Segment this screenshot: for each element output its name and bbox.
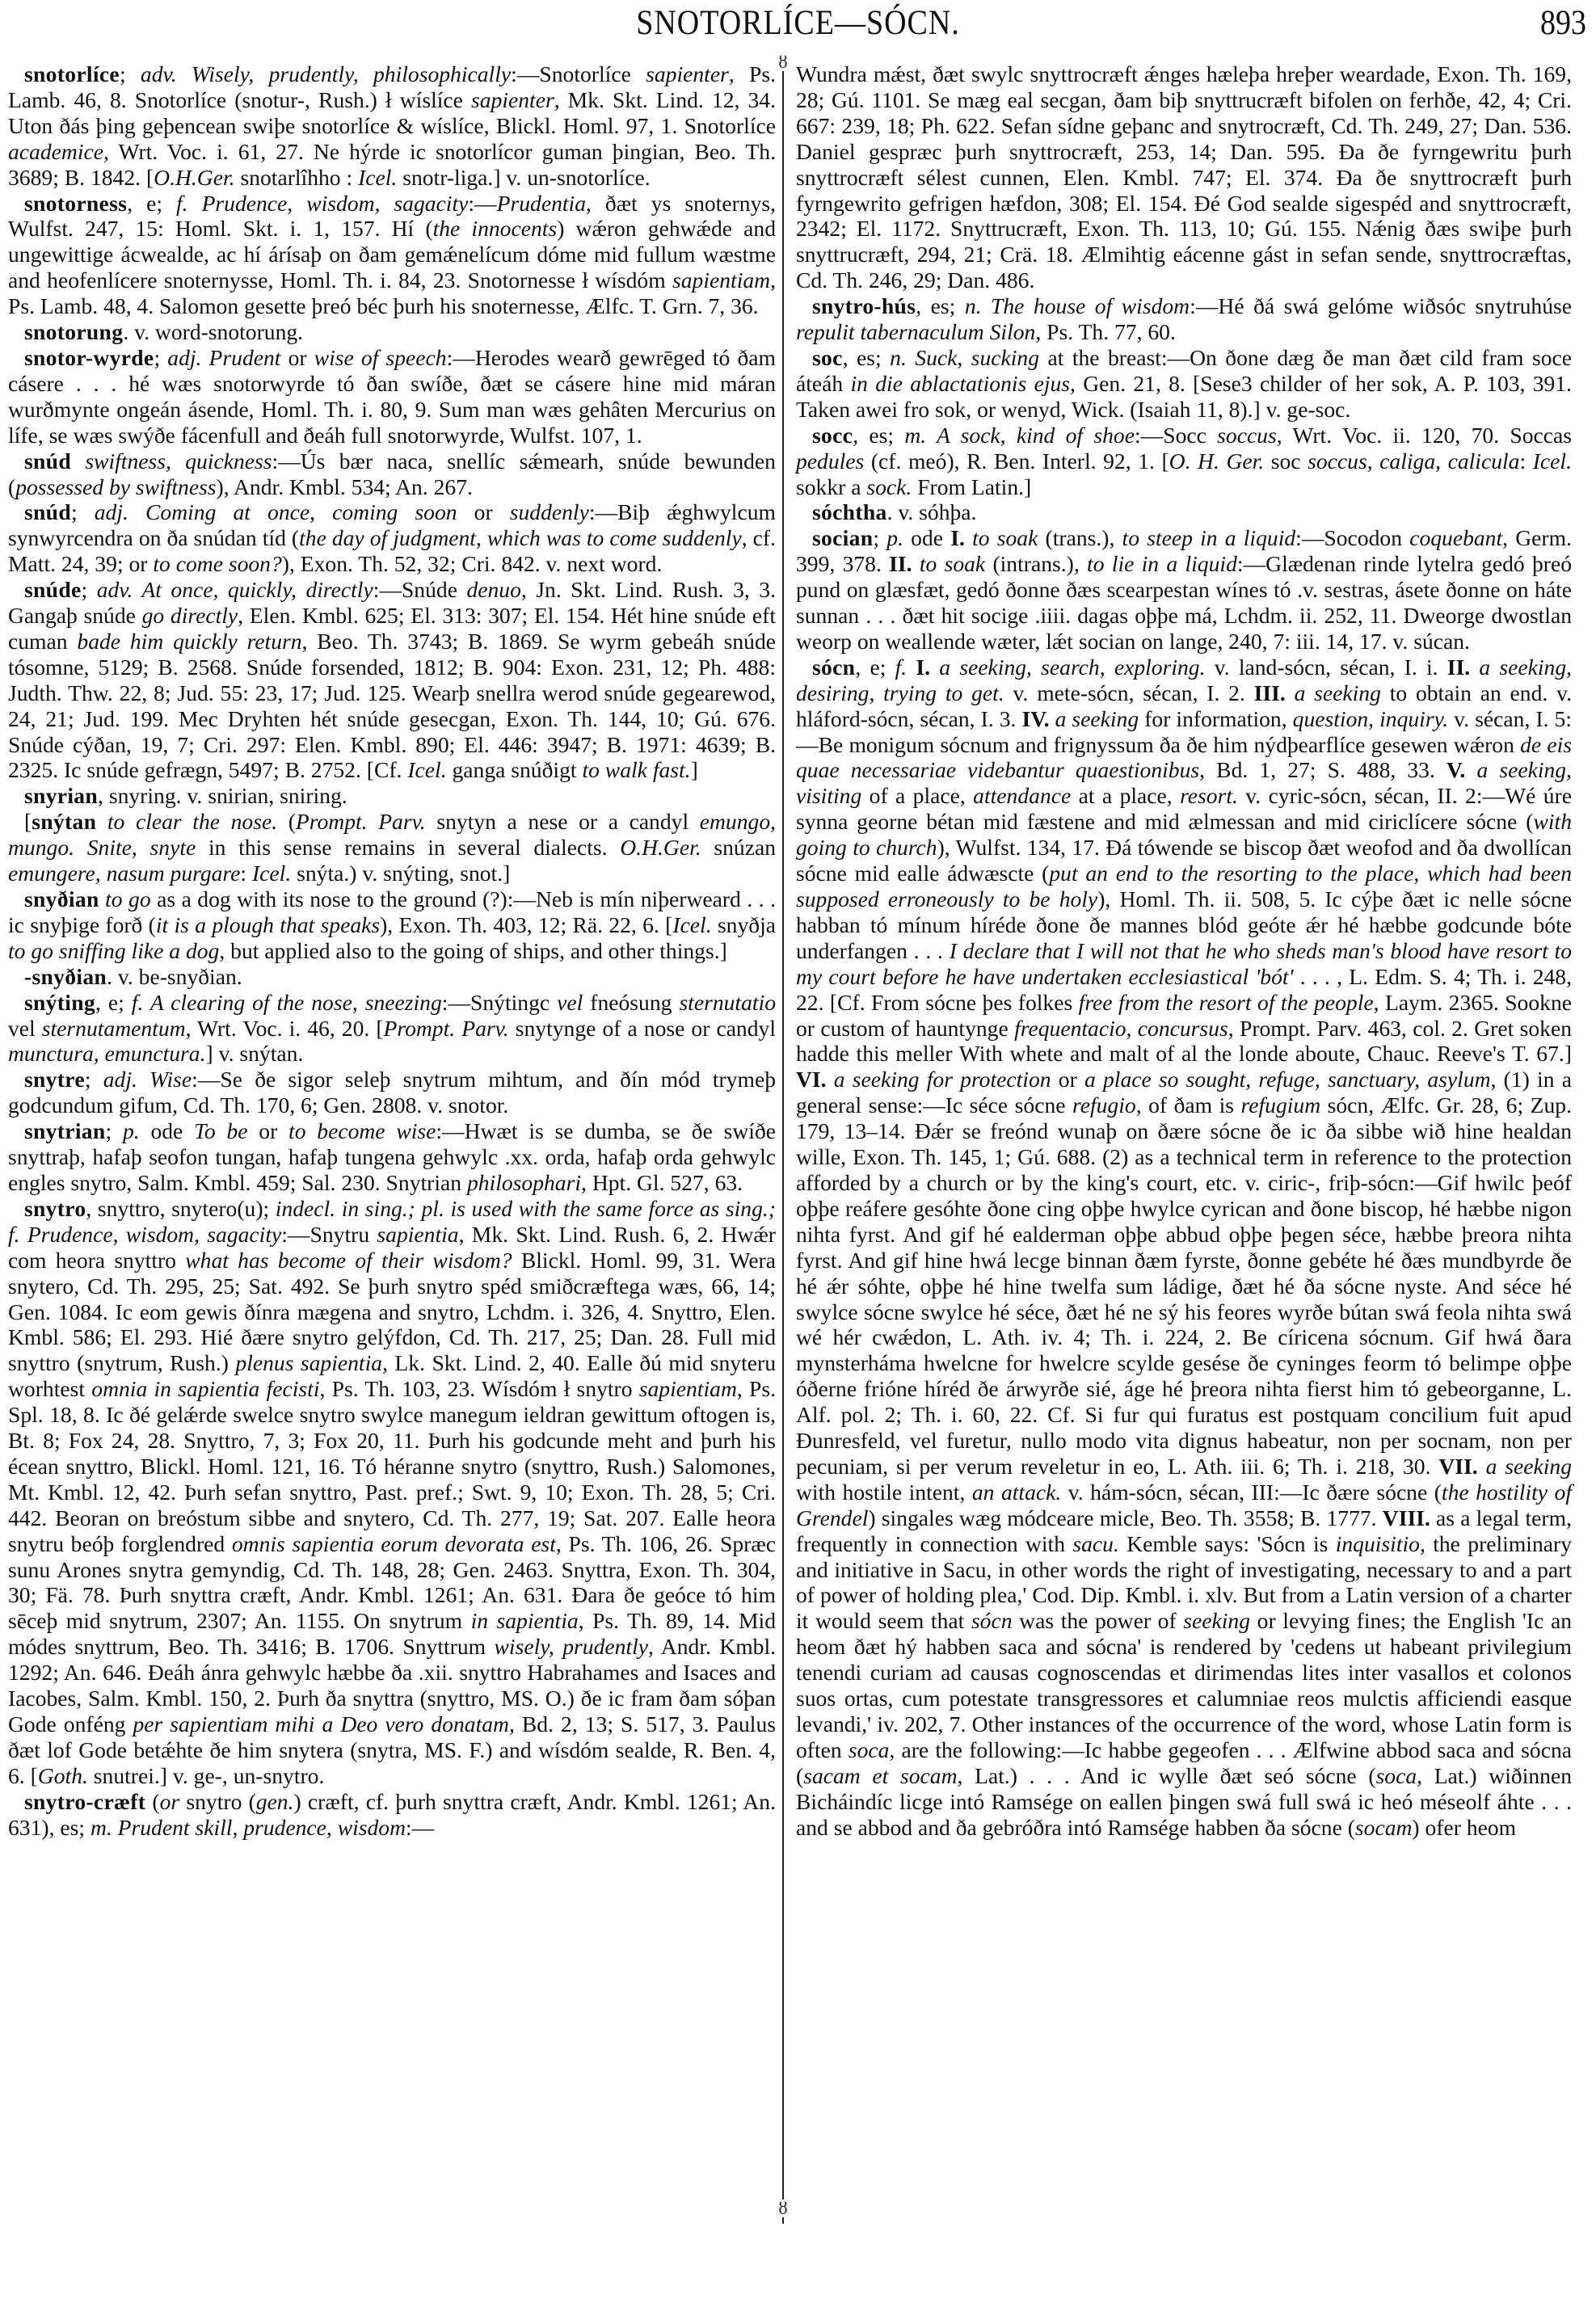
italic-gloss: what has become of their wisdom? — [185, 1248, 512, 1273]
entry-text — [1286, 680, 1295, 705]
entry-text: (intrans.), — [985, 551, 1087, 576]
entry-text: , es; — [843, 345, 890, 370]
entry-text: Wundra mǽst, ðæt swylc snyttrocræft ǽnge… — [796, 61, 1572, 293]
entry-text: . v. word-snotorung. — [123, 319, 303, 344]
entry-text — [99, 886, 105, 911]
headword: snytro-hús — [812, 293, 916, 318]
entry-text — [74, 835, 87, 860]
italic-gloss: plenus sapientia — [235, 1350, 382, 1375]
headword: snúd — [24, 499, 71, 524]
entry-text: , snyring. v. snirian, sniring. — [98, 783, 347, 808]
page-number: 893 — [1540, 2, 1586, 44]
italic-gloss: to lie in a liquid — [1087, 551, 1237, 576]
italic-gloss: seeking — [1183, 1608, 1250, 1633]
sense-numeral: II. — [1447, 655, 1470, 680]
entry-text: From Latin.] — [912, 474, 1031, 499]
italic-gloss: Snite, snyte — [87, 835, 196, 860]
italic-gloss: to soak — [920, 551, 985, 576]
entry-text: , Ps. Th. 103, 23. Wísdóm ł snytro — [320, 1376, 639, 1401]
headword: snúd — [24, 448, 71, 474]
entry-text — [827, 1067, 834, 1092]
entry-text: was the power of — [1013, 1608, 1184, 1633]
italic-gloss: munctura, emunctura. — [8, 1041, 205, 1066]
italic-gloss: soccus — [1217, 423, 1277, 448]
dictionary-entry: [snýtan to clear the nose. (Prompt. Parv… — [8, 809, 776, 886]
italic-gloss: vel — [557, 990, 583, 1015]
italic-gloss: refugium — [1241, 1092, 1321, 1118]
italic-gloss: an attack. — [972, 1480, 1061, 1505]
entry-text: at a place, — [1071, 783, 1180, 808]
italic-gloss: Icel. — [358, 165, 397, 190]
italic-gloss: adv. Wisely, prudently, philosophically — [141, 61, 511, 86]
italic-gloss: n. Suck, sucking — [890, 345, 1039, 370]
italic-gloss: soca — [1376, 1763, 1417, 1788]
italic-gloss: sacam et socam — [803, 1763, 957, 1788]
entry-text: snýta.) v. snýting, snot.] — [291, 861, 510, 886]
entry-text: v. mete-sócn, sécan, I. 2. — [1004, 680, 1254, 705]
entry-text: : — [240, 861, 252, 886]
entry-text: ; — [873, 525, 886, 550]
entry-text — [1470, 655, 1479, 680]
sense-numeral: III. — [1254, 680, 1286, 705]
entry-text: (cf. meó), R. Ben. Interl. 92, 1. [ — [864, 448, 1169, 474]
dictionary-entry: socian; p. ode I. to soak (trans.), to s… — [796, 525, 1572, 655]
entry-text: :—Snýtingc — [442, 990, 557, 1015]
headword: -snyðian — [24, 964, 107, 989]
italic-gloss: refugio — [1072, 1092, 1136, 1118]
entry-text: snotarlîhho : — [235, 165, 359, 190]
entry-text: :—Socodon — [1295, 525, 1409, 550]
italic-gloss: attendance — [973, 783, 1071, 808]
entry-text: snotr-liga.] v. un-snotorlíce. — [397, 165, 650, 190]
entry-text: ) singales wæg módceare micle, Beo. Th. … — [868, 1505, 1382, 1530]
italic-gloss: to come soon? — [153, 551, 281, 576]
italic-gloss: f. A clearing of the nose, sneezing — [132, 990, 442, 1015]
entry-text: :—Snotorlíce — [511, 61, 646, 86]
italic-gloss: omnia in sapientia fecisti — [91, 1376, 319, 1401]
italic-gloss: sapienter — [471, 87, 554, 112]
right-column: Wundra mǽst, ðæt swylc snyttrocræft ǽnge… — [796, 61, 1572, 1841]
italic-gloss: repulit tabernaculum Silon — [796, 319, 1035, 344]
dictionary-entry: snyrian, snyring. v. snirian, sniring. — [8, 783, 776, 809]
entry-text: , but applied also to the going of ships… — [219, 938, 726, 963]
italic-gloss: a place so sought, refuge, sanctuary, as… — [1084, 1067, 1491, 1092]
italic-gloss: soca — [849, 1737, 890, 1762]
italic-gloss: adj. Wise — [103, 1067, 192, 1092]
entry-text — [96, 809, 107, 834]
italic-gloss: gen. — [256, 1789, 294, 1814]
entry-text: ), Exon. Th. 52, 32; Cri. 842. v. next w… — [282, 551, 663, 576]
italic-gloss: soccus, caliga, calicula — [1308, 448, 1519, 474]
left-column: snotorlíce; adv. Wisely, prudently, phil… — [8, 61, 776, 1841]
italic-gloss: wisely, prudently — [495, 1634, 649, 1659]
entry-text: ; — [106, 1118, 123, 1143]
dictionary-entry: snytro, snyttro, snytero(u); indecl. in … — [8, 1196, 776, 1789]
headword: snotor-wyrde — [24, 345, 154, 370]
entry-text: or — [248, 1118, 289, 1143]
italic-gloss: O.H.Ger. — [154, 165, 234, 190]
entry-text: :—Hé ðá swá gelóme wiðsóc snytruhúse — [1190, 293, 1572, 318]
headword: snyrian — [24, 783, 98, 808]
italic-gloss: academice — [8, 139, 103, 164]
italic-gloss: to steep in a liquid — [1122, 525, 1296, 550]
italic-gloss: free from the resort of the people — [1079, 990, 1374, 1015]
entry-text: , snyttro, snytero(u); — [86, 1196, 275, 1221]
italic-gloss: to soak — [972, 525, 1038, 550]
headword: snotorness — [24, 191, 127, 216]
entry-text: of a place, — [861, 783, 973, 808]
column-divider — [782, 69, 784, 2224]
headword: socian — [812, 525, 873, 550]
italic-gloss: sternutamentum — [42, 1016, 186, 1041]
italic-gloss: Icel. — [252, 861, 291, 886]
sense-numeral: VII. — [1438, 1454, 1477, 1479]
entry-text: ) ofer heom — [1412, 1815, 1516, 1840]
dictionary-entry: snytre; adj. Wise:—Se ðe sigor seleþ sny… — [8, 1067, 776, 1118]
italic-gloss: Icel. — [672, 912, 711, 937]
entry-text: :—Snúde — [373, 577, 467, 602]
sense-numeral: I. — [950, 525, 965, 550]
italic-gloss: to walk fast. — [582, 757, 690, 782]
italic-gloss: a seeking for protection — [834, 1067, 1051, 1092]
entry-text: or — [280, 345, 314, 370]
entry-text: ode — [140, 1118, 194, 1143]
italic-gloss: sapientiam — [639, 1376, 737, 1401]
italic-gloss: inquisitio — [1336, 1531, 1420, 1556]
page-title: SNOTORLÍCE—SÓCN. — [0, 2, 1596, 44]
italic-gloss: p. — [886, 525, 903, 550]
entry-text: , Wrt. Voc. i. 46, 20. [ — [186, 1016, 384, 1041]
italic-gloss: To be — [194, 1118, 247, 1143]
dictionary-entry-continued: Wundra mǽst, ðæt swylc snyttrocræft ǽnge… — [796, 61, 1572, 293]
entry-text: (trans.), — [1038, 525, 1122, 550]
italic-gloss: a seeking — [1295, 680, 1381, 705]
entry-text: . v. be-snyðian. — [107, 964, 242, 989]
headword: sócn — [812, 655, 855, 680]
italic-gloss: per sapientiam mihi a Deo vero donatam — [133, 1711, 509, 1736]
entry-text — [71, 448, 85, 474]
sense-numeral: II. — [889, 551, 912, 576]
sense-numeral: IV. — [1022, 706, 1050, 731]
italic-gloss: to become wise — [288, 1118, 436, 1143]
italic-gloss: socam — [1355, 1815, 1413, 1840]
italic-gloss: sapientia — [377, 1222, 458, 1247]
entry-text — [1465, 757, 1476, 782]
italic-gloss: omnis sapientia eorum devorata est — [232, 1531, 556, 1556]
entry-text: , Hpt. Gl. 527, 63. — [581, 1170, 743, 1195]
headword: sóchtha — [812, 499, 887, 524]
italic-gloss: Goth. — [38, 1763, 88, 1788]
italic-gloss: go directly — [142, 603, 238, 628]
italic-gloss: denuo — [466, 577, 520, 602]
italic-gloss: a seeking, search, exploring. — [939, 655, 1205, 680]
italic-gloss: to go sniffing like a dog — [8, 938, 219, 963]
italic-gloss: philosophari — [467, 1170, 581, 1195]
entry-text: : — [1519, 448, 1532, 474]
italic-gloss: sacu. — [1072, 1531, 1118, 1556]
entry-text: ), Andr. Kmbl. 534; An. 267. — [217, 474, 473, 499]
sense-numeral: VI. — [796, 1067, 827, 1092]
dictionary-entry: snotorlíce; adv. Wisely, prudently, phil… — [8, 61, 776, 191]
italic-gloss: adj. Coming at once, coming soon — [95, 499, 457, 524]
headword: snyðian — [24, 886, 99, 911]
italic-gloss: to clear the nose. — [107, 809, 277, 834]
sense-numeral: VIII. — [1383, 1505, 1430, 1530]
entry-text: or — [457, 499, 510, 524]
dictionary-entry: snytro-hús, es; n. The house of wisdom:—… — [796, 293, 1572, 345]
entry-text: sócn, Ælfc. Gr. 28, 6; Zup. 179, 13–14. … — [796, 1092, 1572, 1479]
italic-gloss: adv. At once, quickly, directly — [97, 577, 373, 602]
italic-gloss: m. Prudent skill, prudence, wisdom — [91, 1815, 406, 1840]
entry-text: ; — [120, 61, 141, 86]
headword: snúde — [24, 577, 82, 602]
headword: snýtan — [32, 809, 96, 834]
entry-text: , es; — [916, 293, 965, 318]
entry-text: ganga snúðigt — [447, 757, 583, 782]
italic-gloss: in die ablactationis ejus — [850, 371, 1070, 396]
dictionary-entry: snytro-cræft (or snytro (gen.) cræft, cf… — [8, 1789, 776, 1841]
dictionary-entry: -snyðian. v. be-snyðian. — [8, 964, 776, 990]
dictionary-entry: snyðian to go as a dog with its nose to … — [8, 886, 776, 964]
entry-text: ( — [145, 1789, 159, 1814]
entry-text — [1478, 1454, 1486, 1479]
italic-gloss: sócn — [971, 1608, 1013, 1633]
divider-ornament-top-icon: ȣ — [776, 53, 790, 71]
entry-text: , Lat.) . . . And ic wylle ðæt seó sócne… — [958, 1763, 1376, 1788]
entry-text — [965, 525, 972, 550]
entry-text: in this sense remains in several dialect… — [196, 835, 620, 860]
italic-gloss: f. Prudence, wisdom, sagacity — [176, 191, 468, 216]
entry-text: soc — [1264, 448, 1308, 474]
italic-gloss: swiftness, quickness — [85, 448, 272, 474]
sense-numeral: I. — [916, 655, 930, 680]
entry-text: ; — [71, 499, 95, 524]
entry-text: snytyn a nese or a candyl — [426, 809, 700, 834]
entry-text: fneósung — [583, 990, 679, 1015]
headword: snytro-cræft — [24, 1789, 145, 1814]
entry-text: snutrei.] v. ge-, un-snytro. — [88, 1763, 324, 1788]
dictionary-entry: snúd; adj. Coming at once, coming soon o… — [8, 499, 776, 577]
italic-gloss: Prudentia — [497, 191, 586, 216]
divider-ornament-bottom-icon: ȣ — [776, 2199, 790, 2217]
dictionary-entry: snytrian; p. ode To be or to become wise… — [8, 1118, 776, 1196]
italic-gloss: the day of judgment, which was to come s… — [299, 525, 742, 550]
italic-gloss: Icel. — [407, 757, 446, 782]
italic-gloss: sternutatio — [679, 990, 776, 1015]
italic-gloss: O.H.Ger. — [620, 835, 701, 860]
italic-gloss: pedules — [796, 448, 864, 474]
entry-text: , es; — [853, 423, 904, 448]
italic-gloss: coquebant — [1409, 525, 1502, 550]
entry-text: v. land-sócn, sécan, I. i. — [1206, 655, 1447, 680]
entry-text: , Wrt. Voc. ii. 120, 70. Soccas — [1277, 423, 1572, 448]
entry-text: . v. sóhþa. — [887, 499, 977, 524]
entry-text: ; — [85, 1067, 103, 1092]
entry-text: v. hám-sócn, sécan, III:—Ic ðære sócne ( — [1061, 1480, 1442, 1505]
italic-gloss: Icel. — [1533, 448, 1572, 474]
italic-gloss: in sapientia — [471, 1608, 579, 1633]
entry-text: ] v. snýtan. — [205, 1041, 303, 1066]
headword: snytre — [24, 1067, 85, 1092]
entry-text: , e; — [127, 191, 176, 216]
italic-gloss: emungere, nasum purgare — [8, 861, 240, 886]
headword: snotorlíce — [24, 61, 120, 86]
entry-text: , Bd. 1, 27; S. 488, 33. — [1199, 757, 1447, 782]
italic-gloss: possessed by swiftness — [15, 474, 216, 499]
italic-gloss: f. — [895, 655, 907, 680]
entry-text: :— — [468, 191, 496, 216]
entry-text: or — [1051, 1067, 1084, 1092]
sense-numeral: V. — [1447, 757, 1465, 782]
entry-text: ( — [277, 809, 296, 834]
entry-text: :—Snytru — [281, 1222, 377, 1247]
dictionary-entry: snotor-wyrde; adj. Prudent or wise of sp… — [8, 345, 776, 448]
headword: snýting — [24, 990, 95, 1015]
entry-text: , e; — [855, 655, 895, 680]
entry-text: sokkr a — [796, 474, 866, 499]
italic-gloss: suddenly — [510, 499, 589, 524]
italic-gloss: to go — [105, 886, 151, 911]
italic-gloss: a seeking — [1055, 706, 1139, 731]
italic-gloss: n. The house of wisdom — [965, 293, 1190, 318]
dictionary-entry: snúd swiftness, quickness:—Ús bær naca, … — [8, 448, 776, 500]
italic-gloss: a seeking — [1486, 1454, 1572, 1479]
entry-text: ; — [154, 345, 167, 370]
dictionary-entry: snotorness, e; f. Prudence, wisdom, saga… — [8, 191, 776, 320]
italic-gloss: p. — [123, 1118, 140, 1143]
dictionary-entry: soc, es; n. Suck, sucking at the breast:… — [796, 345, 1572, 423]
entry-text — [907, 655, 916, 680]
italic-gloss: the innocents — [433, 216, 558, 241]
dictionary-entry: sóchtha. v. sóhþa. — [796, 499, 1572, 525]
italic-gloss: sapientiam — [672, 267, 770, 293]
headword: snytrian — [24, 1118, 106, 1143]
italic-gloss: or — [160, 1789, 180, 1814]
italic-gloss: O. H. Ger. — [1169, 448, 1265, 474]
italic-gloss: bade him quickly return — [77, 629, 301, 654]
dictionary-entry: snotorung. v. word-snotorung. — [8, 319, 776, 345]
entry-text: :—Socc — [1135, 423, 1217, 448]
entry-text: , e; — [95, 990, 132, 1015]
entry-text: :— — [406, 1815, 434, 1840]
italic-gloss: m. A sock, kind of shoe — [904, 423, 1135, 448]
dictionary-entry: snýting, e; f. A clearing of the nose, s… — [8, 990, 776, 1067]
dictionary-entry: socc, es; m. A sock, kind of shoe:—Socc … — [796, 423, 1572, 500]
entry-text: vel — [8, 1016, 42, 1041]
running-head: SNOTORLÍCE—SÓCN. 893 — [0, 3, 1596, 48]
entry-text: for information, — [1139, 706, 1293, 731]
headword: soc — [812, 345, 843, 370]
entry-text: ), Exon. Th. 403, 12; Rä. 22, 6. [ — [380, 912, 672, 937]
entry-text: ; — [82, 577, 97, 602]
entry-text: with hostile intent, — [796, 1480, 972, 1505]
entry-text: , Ps. Th. 77, 60. — [1035, 319, 1176, 344]
italic-gloss: adj. Prudent — [167, 345, 280, 370]
entry-text — [1050, 706, 1055, 731]
entry-text — [912, 551, 920, 576]
italic-gloss: question, inquiry. — [1293, 706, 1449, 731]
entry-text: , of ðam is — [1136, 1092, 1241, 1118]
italic-gloss: sapienter — [646, 61, 729, 86]
italic-gloss: sock. — [866, 474, 912, 499]
entry-text — [930, 655, 939, 680]
italic-gloss: frequentacio, concursus — [1014, 1016, 1228, 1041]
dictionary-entry: sócn, e; f. I. a seeking, search, explor… — [796, 655, 1572, 1841]
entry-text: ode — [903, 525, 950, 550]
entry-text: , Ps. Spl. 18, 8. Ic ðé gelǽrde swelce s… — [8, 1376, 776, 1555]
headword: socc — [812, 423, 853, 448]
italic-gloss: resort. — [1180, 783, 1238, 808]
italic-gloss: Prompt. Parv. — [296, 809, 426, 834]
headword: snytro — [24, 1196, 86, 1221]
italic-gloss: it is a plough that speaks — [156, 912, 380, 937]
entry-text: snytynge of a nose or candyl — [509, 1016, 776, 1041]
dictionary-entry: snúde; adv. At once, quickly, directly:—… — [8, 577, 776, 783]
entry-text: ] — [691, 757, 698, 782]
entry-text: snytro ( — [179, 1789, 256, 1814]
entry-text: [ — [24, 809, 32, 834]
entry-text: snúzan — [701, 835, 776, 860]
headword: snotorung — [24, 319, 123, 344]
italic-gloss: Prompt. Parv. — [384, 1016, 509, 1041]
entry-text: snyðja — [712, 912, 776, 937]
italic-gloss: wise of speech — [314, 345, 447, 370]
entry-text: Kemble says: 'Sócn is — [1119, 1531, 1336, 1556]
